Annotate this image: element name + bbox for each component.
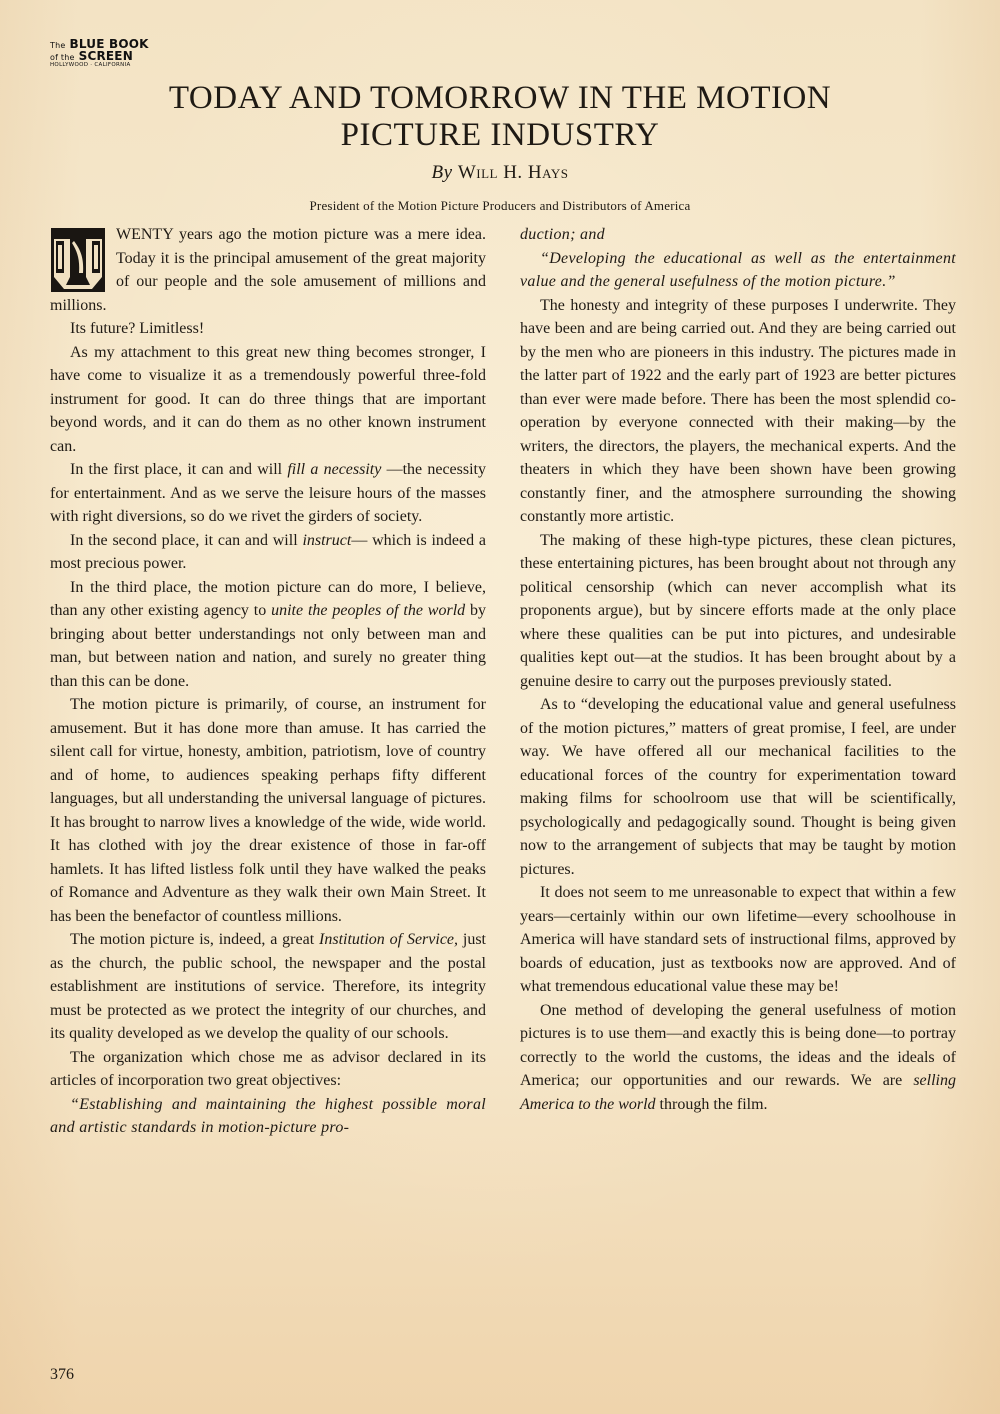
emphasis: fill a necessity	[287, 461, 381, 478]
dropcap-t-icon	[50, 227, 106, 293]
paragraph: The honesty and integrity of these purpo…	[520, 294, 956, 529]
paragraph: The motion picture is, indeed, a great I…	[50, 928, 486, 1046]
author-name: Will H. Hays	[458, 162, 569, 183]
byline-prefix: By	[432, 162, 453, 183]
paragraph: As my attachment to this great new thing…	[50, 341, 486, 459]
article-title: TODAY AND TOMORROW IN THE MOTION PICTURE…	[0, 80, 1000, 154]
paragraph: In the first place, it can and will fill…	[50, 458, 486, 529]
paragraph: WENTY years ago the motion picture was a…	[50, 223, 486, 317]
quoted-objective: “Establishing and maintaining the highes…	[50, 1093, 486, 1140]
masthead-location: HOLLYWOOD · CALIFORNIA	[50, 63, 149, 69]
paragraph: Its future? Limitless!	[50, 317, 486, 341]
byline: By Will H. Hays	[0, 162, 1000, 184]
masthead-logo: The BLUE BOOK of the SCREEN HOLLYWOOD · …	[50, 38, 149, 69]
paragraph: The making of these high-type pictures, …	[520, 529, 956, 694]
title-line-1: TODAY AND TOMORROW IN THE MOTION	[169, 80, 831, 116]
right-column: duction; and “Developing the educational…	[520, 223, 956, 1116]
emphasis: unite the peoples of the world	[271, 602, 465, 619]
page-number: 376	[50, 1366, 74, 1384]
left-column: WENTY years ago the motion picture was a…	[50, 223, 486, 1140]
paragraph: In the second place, it can and will ins…	[50, 529, 486, 576]
paragraph: In the third place, the motion picture c…	[50, 576, 486, 694]
paragraph: One method of developing the general use…	[520, 999, 956, 1117]
paragraph: The motion picture is primarily, of cour…	[50, 693, 486, 928]
masthead-line-2: of the SCREEN	[50, 50, 149, 62]
title-line-2: PICTURE INDUSTRY	[341, 117, 660, 153]
quoted-objective: “Developing the educational as well as t…	[520, 247, 956, 294]
emphasis: Institution of Service,	[319, 931, 458, 948]
quoted-objective-continued: duction; and	[520, 223, 956, 247]
paragraph: It does not seem to me unreasonable to e…	[520, 881, 956, 999]
emphasis: instruct	[302, 532, 351, 549]
paragraph: The organization which chose me as advis…	[50, 1046, 486, 1093]
paragraph: As to “developing the educational value …	[520, 693, 956, 881]
author-affiliation: President of the Motion Picture Producer…	[0, 198, 1000, 214]
